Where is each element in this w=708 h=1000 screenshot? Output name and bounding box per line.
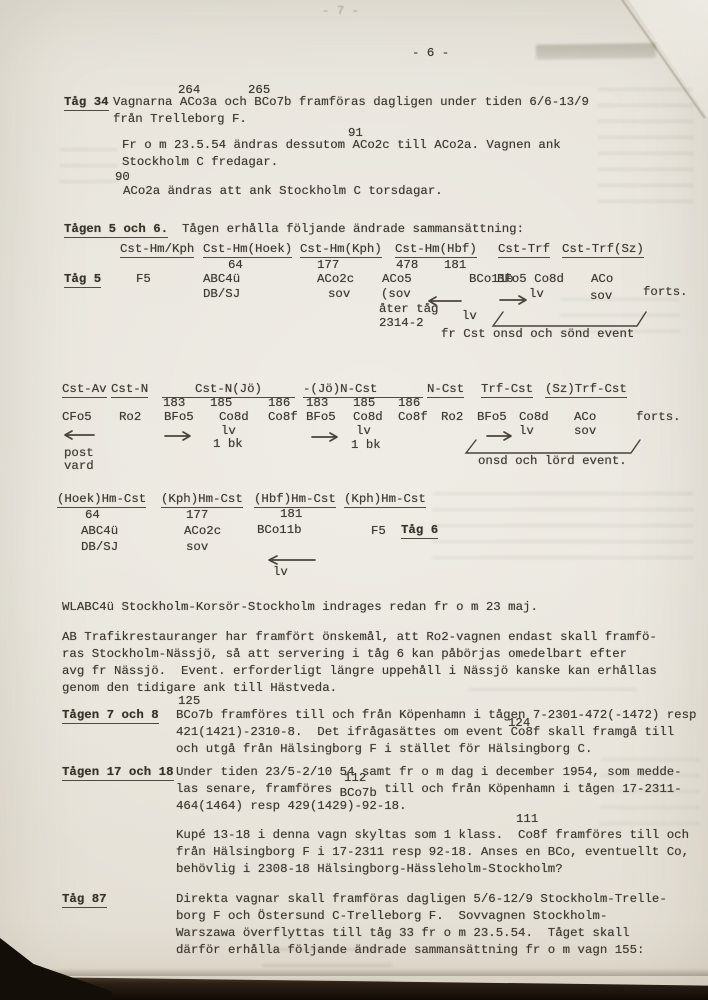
ghost-page-number: - 7 - [322, 5, 359, 18]
t1-col-header: Cst-Trf [498, 243, 550, 258]
ab-para-line1: AB Trafikrestauranger har framfört önske… [62, 631, 657, 644]
wagon-number-111: 111 [516, 813, 538, 826]
section-heading-tag34: Tåg 34 [64, 96, 109, 111]
t2-cell: vard [64, 460, 94, 473]
tag87-line3: Warszawa överflyttas till tåg 33 fr o m … [176, 927, 630, 940]
right-arrow-icon [499, 294, 529, 306]
t1-cell: åter tåg [379, 303, 439, 316]
t1-cell: BFo5 Co8d [497, 273, 564, 286]
section-heading-tagen5-6: Tågen 5 och 6. [64, 223, 168, 238]
t3-col-header: (Hoek)Hm-Cst [57, 493, 146, 508]
section-heading-tagen17-18: Tågen 17 och 18 [62, 766, 174, 781]
t1-cell: F5 [136, 273, 151, 286]
wagon-number-90: 90 [115, 171, 130, 184]
bleedthrough-smudge [60, 148, 118, 192]
right-arrow-icon [311, 431, 340, 443]
t3-row-label-tag6: Tåg 6 [401, 524, 438, 539]
t3-cell: ABC4ü [81, 525, 118, 538]
t2-cell: BFo5 [306, 411, 336, 424]
t2-wagon-number: 183 [163, 397, 185, 410]
t2-wagon-number: 185 [353, 397, 375, 410]
typewritten-document-page: - 7 - - 6 - 264 265 Tåg 34 Vagnarna ACo3… [0, 0, 708, 1000]
t1-col-header: Cst-Hm(Hbf) [395, 243, 477, 258]
t1-cell: lv [462, 310, 477, 323]
bleedthrough-smudge [598, 88, 694, 208]
t2-cell: Co8f [398, 411, 428, 424]
t2-cell: sov [574, 425, 596, 438]
t3-cell: ACo2c [184, 525, 221, 538]
left-arrow-icon [62, 429, 95, 441]
t2-cell: CFo5 [62, 411, 92, 424]
t2-cell: Co8f [268, 411, 298, 424]
t1-cell: lv [529, 288, 544, 301]
t1-cell: DB/SJ [203, 288, 240, 301]
t3-col-header: (Kph)Hm-Cst [161, 493, 243, 508]
tag87-line1: Direkta vagnar skall framföras dagligen … [176, 893, 667, 906]
t2-continuation-marker: forts. [636, 411, 681, 424]
t2-cell: lv [519, 425, 534, 438]
t1-wagon-number: 64 [228, 259, 243, 272]
tag87-line4: därför erhålla följande ändrade sammansä… [176, 944, 644, 957]
t3-cell: BCo11b [257, 524, 302, 537]
t2-cell: BFo5 [164, 411, 194, 424]
line2-prefix: las senare, framföres [176, 782, 340, 796]
tagen17-18-line5: från Hälsingborg F i 17-2311 resp 92-18.… [176, 846, 689, 859]
t2-col-header: Cst-Av [62, 383, 107, 398]
t2-wagon-number: 186 [268, 397, 290, 410]
t2-col-header: Trf-Cst [481, 383, 533, 398]
t3-wagon-number: 181 [280, 508, 302, 521]
t2-cell: Ro2 [119, 411, 141, 424]
right-arrow-icon [164, 430, 193, 442]
tag34-line3: Fr o m 23.5.54 ändras dessutom ACo2c til… [122, 139, 561, 152]
t3-wagon-number: 177 [186, 509, 208, 522]
t1-cell: (sov [381, 288, 411, 301]
inserted-wagon-type: BCo7b [340, 786, 377, 800]
bleedthrough-smudge [468, 688, 638, 704]
t2-note: onsd och lörd event. [478, 455, 627, 468]
t2-wagon-number: 185 [210, 397, 232, 410]
tag87-line2: borg F och Östersund C-Trelleborg F. Sov… [176, 910, 607, 923]
t1-cell: sov [328, 288, 350, 301]
t2-cell: BFo5 [477, 411, 507, 424]
page-number: - 6 - [412, 47, 449, 60]
t1-cell: ACo2c [317, 273, 354, 286]
tagen5-6-intro: Tågen erhålla följande ändrade sammansät… [182, 223, 524, 236]
tag34-line5: ACo2a ändras att ank Stockholm C torsdag… [123, 185, 443, 198]
t2-cell: 1 bk [213, 438, 243, 451]
tagen7-8-line3: och utgå från Hälsingborg F i stället fö… [176, 743, 592, 756]
t3-cell: sov [186, 541, 208, 554]
tagen17-18-line2: las senare, framföres BCo7b till och frå… [176, 783, 682, 796]
t1-continuation-marker: forts. [643, 286, 688, 299]
t1-note: fr Cst onsd och sönd event [441, 328, 634, 341]
t2-col-header: Cst-N [111, 383, 148, 398]
t3-cell: F5 [371, 525, 386, 538]
wlabc-line: WLABC4ü Stockholm-Korsör-Stockholm indra… [62, 601, 538, 614]
t2-cell: lv [356, 425, 371, 438]
t1-col-header: Cst-Hm(Kph) [300, 243, 382, 258]
t1-wagon-number: 177 [317, 259, 339, 272]
t2-cell: Co8d [353, 411, 383, 424]
t1-col-header: Cst-Hm(Hoek) [203, 243, 292, 258]
t3-col-header: (Hbf)Hm-Cst [254, 493, 336, 508]
section-heading-tagen7-8: Tågen 7 och 8 [62, 709, 159, 724]
t1-row-label-tag5: Tåg 5 [64, 273, 101, 288]
wagon-number-125: 125 [178, 695, 200, 708]
line2-suffix: till och från Köpenhamn i tågen 17-2311- [377, 782, 682, 796]
t1-col-header: Cst-Trf(Sz) [562, 243, 644, 258]
t1-wagon-number: 181 [444, 259, 466, 272]
section-heading-tag87: Tåg 87 [62, 893, 107, 908]
tagen17-18-line4: Kupé 13-18 i denna vagn skyltas som 1 kl… [176, 829, 689, 842]
tag34-line1: Vagnarna ACo3a och BCo7b framföras dagli… [113, 96, 589, 109]
struck-through-smudge [536, 43, 656, 60]
tagen17-18-line1: Under tiden 23/5-2/10 54 samt fr o m dag… [176, 766, 682, 779]
annotation-bracket [492, 309, 644, 329]
t2-cell: Co8d [519, 411, 549, 424]
t1-cell: sov [590, 290, 612, 303]
ab-para-line3: avg fr Nässjö. Event. erforderligt längr… [62, 665, 657, 678]
t2-cell: ACo [574, 411, 596, 424]
tagen17-18-line6: behövlig i 2308-18 Hälsingborg-Hässlehol… [176, 863, 563, 876]
t3-wagon-number: 64 [85, 509, 100, 522]
t3-col-header: (Kph)Hm-Cst [344, 493, 426, 508]
t2-cell: 1 bk [351, 439, 381, 452]
t1-cell: 2314-2 [379, 317, 424, 330]
t1-cell: ACo [591, 273, 613, 286]
t2-wagon-number: 183 [306, 397, 328, 410]
tag34-line2: från Trelleborg F. [113, 113, 247, 126]
tagen7-8-line1: BCo7b framföres till och från Köpenhamn … [176, 709, 697, 722]
t2-cell: Ro2 [441, 411, 463, 424]
t1-cell: ACo5 [382, 273, 412, 286]
paper-bottom-shadow [0, 968, 708, 976]
t2-wagon-number: 186 [398, 397, 420, 410]
t2-col-header: (Sz)Trf-Cst [545, 383, 627, 398]
t2-cell: Co8d [219, 411, 249, 424]
bleedthrough-smudge [432, 492, 694, 570]
t1-cell: ABC4ü [203, 273, 240, 286]
t1-wagon-number: 478 [396, 259, 418, 272]
tag34-line4: Stockholm C fredagar. [122, 156, 278, 169]
t3-cell: lv [273, 566, 288, 579]
tagen17-18-line3: 464(1464) resp 429(1429)-92-18. [176, 800, 407, 813]
t3-cell: DB/SJ [81, 541, 118, 554]
tagen7-8-line2: 421(1421)-2310-8. Det ifrågasättes om ev… [176, 726, 674, 739]
ab-para-line2: ras Stockholm-Nässjö, så att servering i… [62, 648, 627, 661]
t2-col-header: N-Cst [427, 383, 464, 398]
t1-col-header: Cst-Hm/Kph [120, 243, 194, 258]
